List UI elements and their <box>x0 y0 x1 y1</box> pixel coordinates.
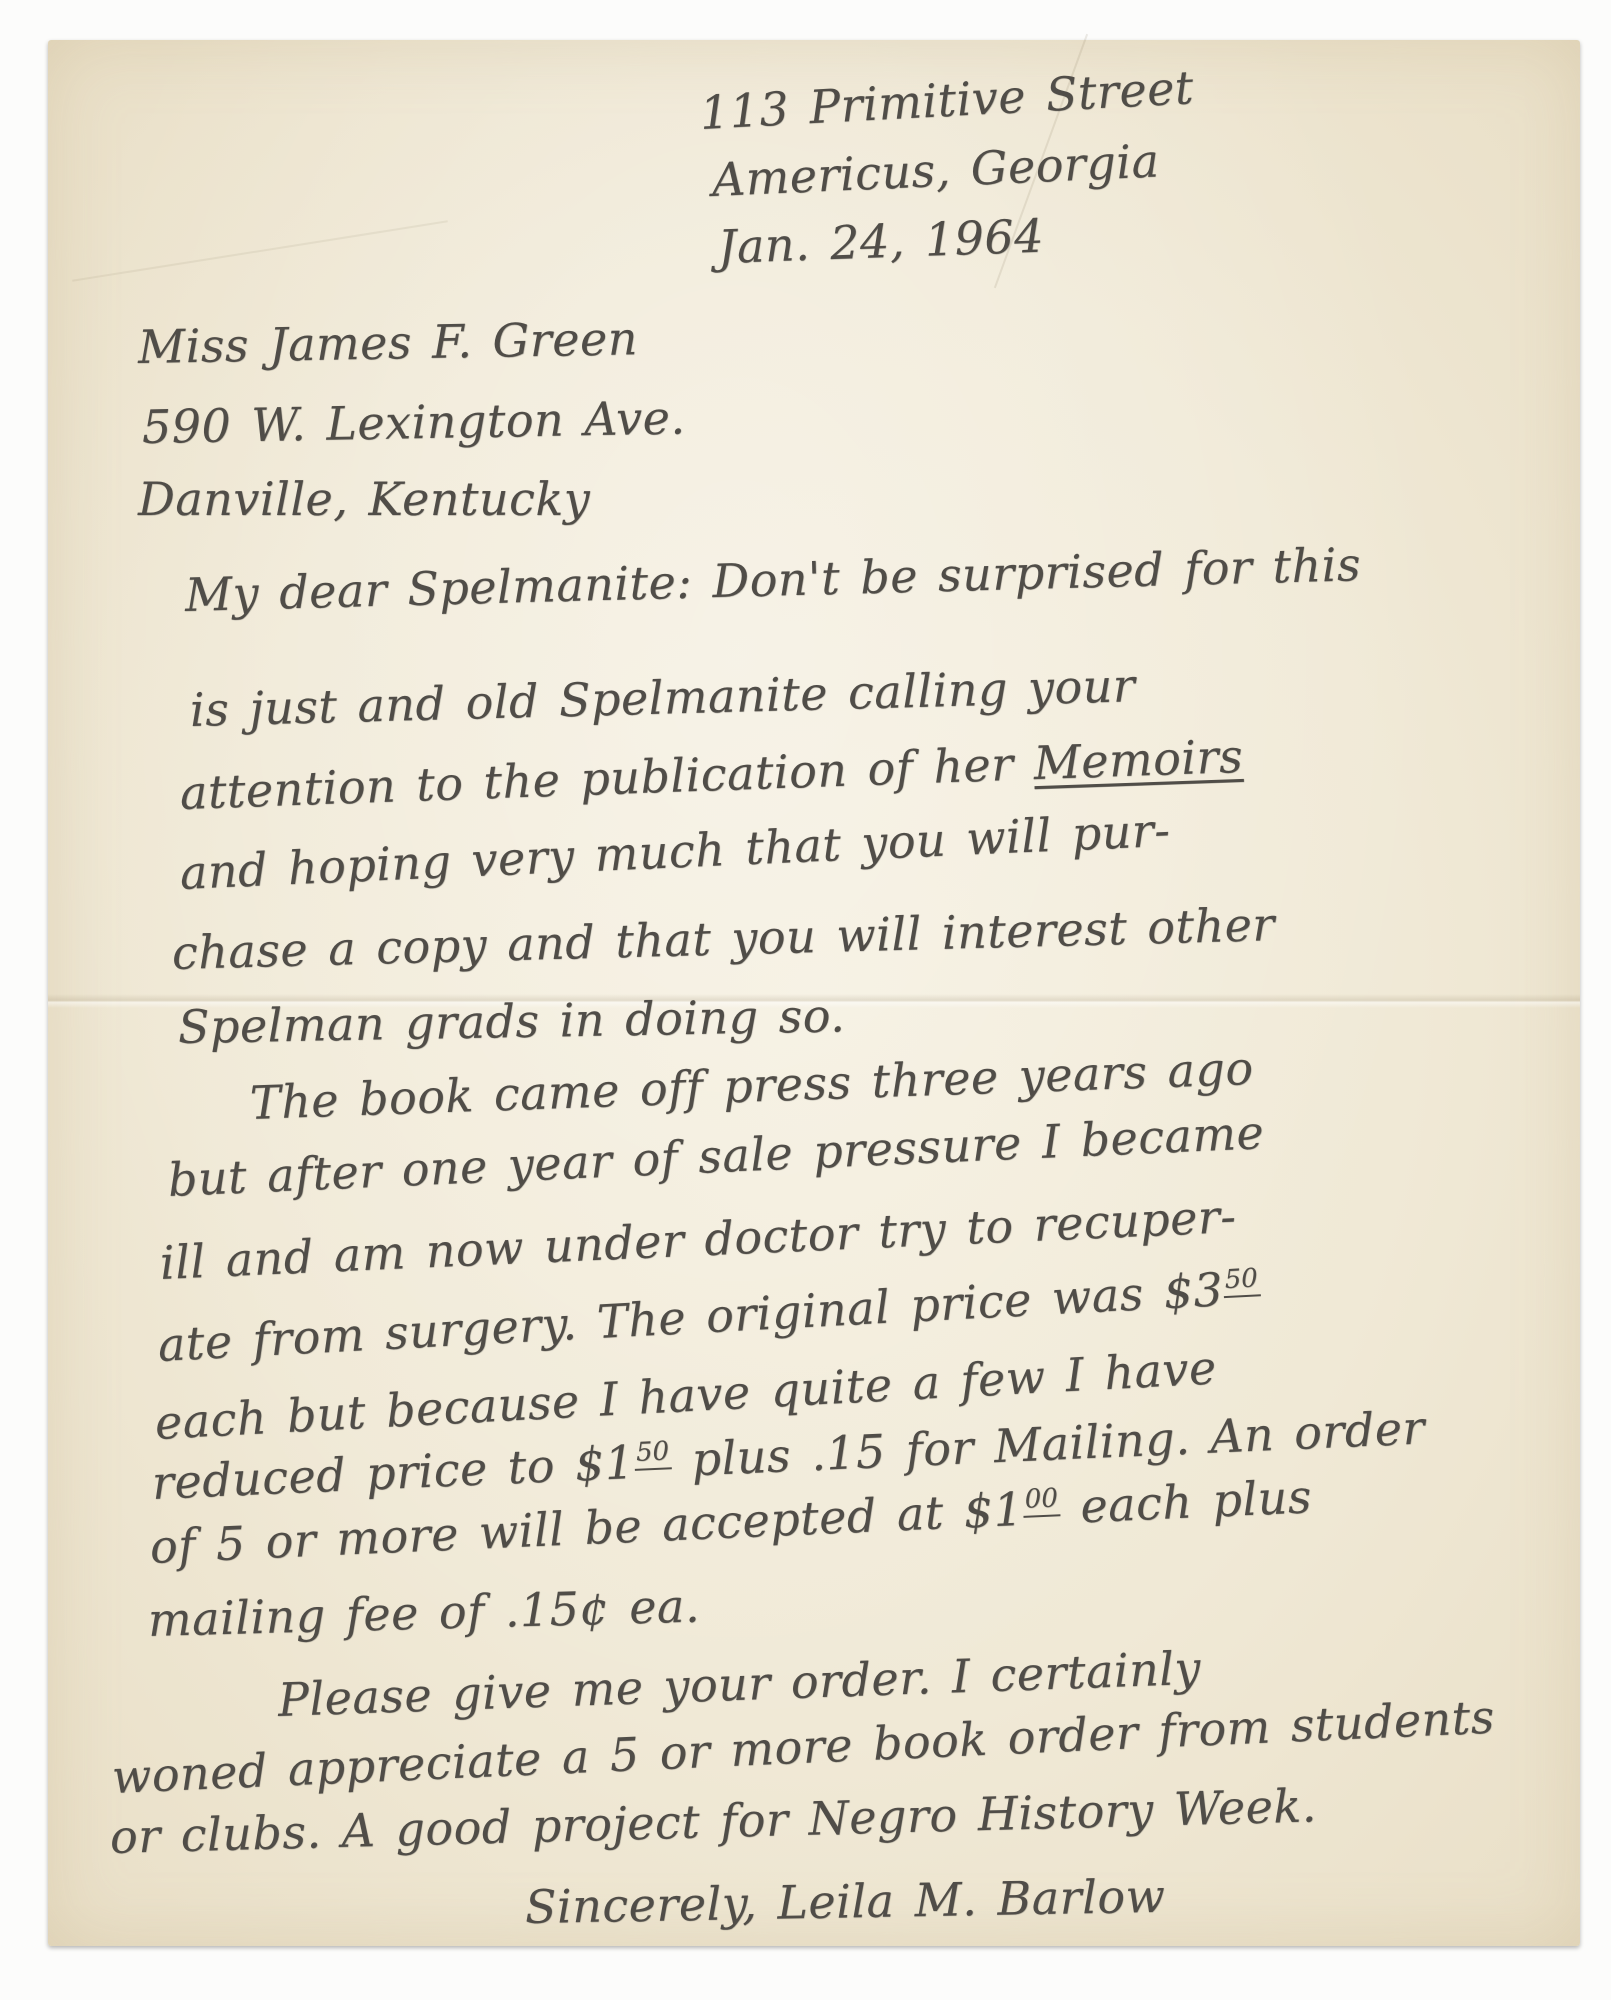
emphasized-text: 50 <box>633 1437 671 1471</box>
handwritten-text: Danville, Kentucky <box>138 472 590 526</box>
handwritten-text: Jan. 24, 1964 <box>717 209 1045 274</box>
recipient-line: Miss James F. Green <box>138 313 639 373</box>
sender-line: Jan. 24, 1964 <box>717 211 1045 274</box>
handwritten-text: Sincerely, Leila M. Barlow <box>525 1869 1166 1934</box>
handwritten-text: Miss James F. Green <box>138 311 639 374</box>
handwritten-text: 590 W. Lexington Ave. <box>142 391 686 454</box>
signature-line: Sincerely, Leila M. Barlow <box>525 1871 1166 1934</box>
emphasized-text: Memoirs <box>1033 729 1244 790</box>
handwritten-text: each plus <box>1059 1469 1313 1534</box>
recipient-line: Danville, Kentucky <box>138 474 590 526</box>
emphasized-text: 00 <box>1022 1484 1060 1518</box>
body-line: Spelman grads in doing so. <box>178 990 846 1053</box>
letter-scan: 113 Primitive StreetAmericus, GeorgiaJan… <box>0 0 1611 2000</box>
emphasized-text: 50 <box>1222 1264 1261 1298</box>
recipient-line: 590 W. Lexington Ave. <box>142 393 686 454</box>
